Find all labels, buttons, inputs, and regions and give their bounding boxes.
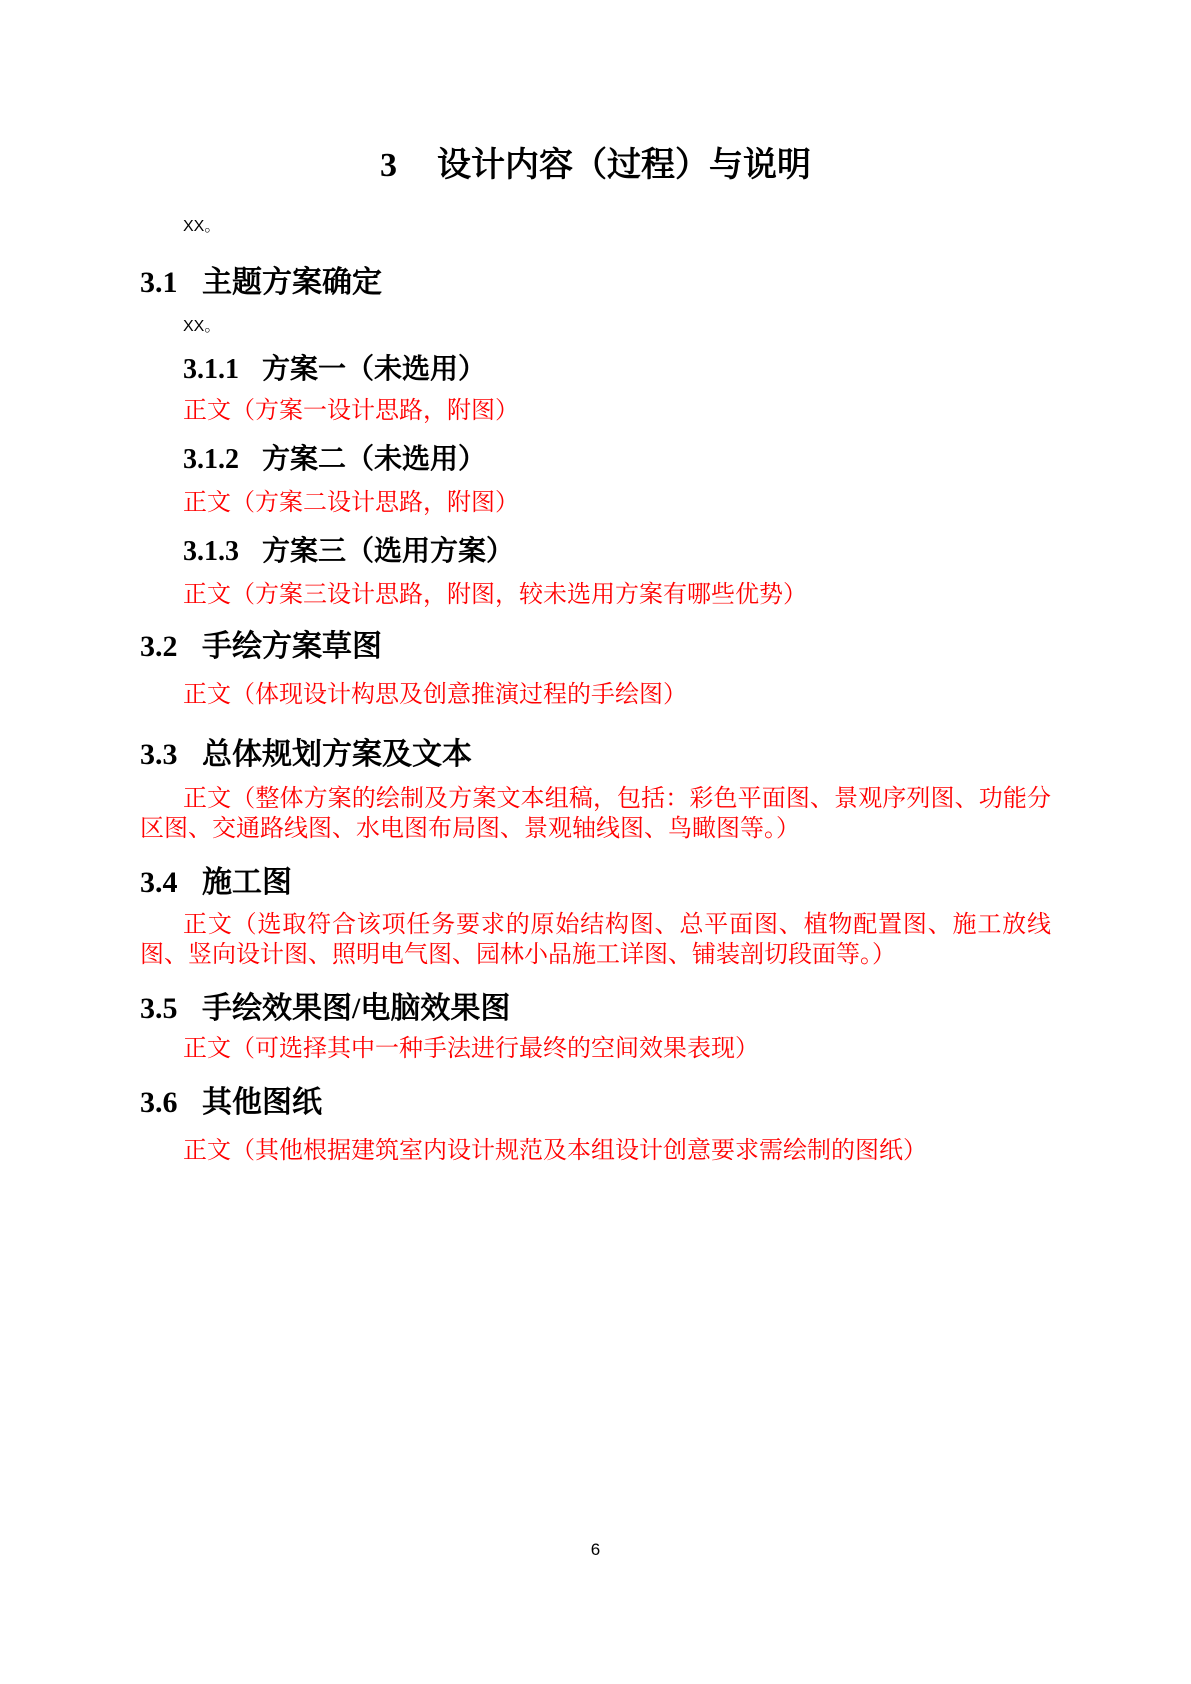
section-heading-text: 手绘方案草图 <box>202 630 382 663</box>
section-heading-text: 施工图 <box>202 866 292 899</box>
section-heading-3-3: 3.3总体规划方案及文本 <box>140 736 1051 774</box>
chapter-intro-paragraph: XX。 <box>140 216 1051 238</box>
subsection-heading-text: 方案二（未选用） <box>262 444 486 475</box>
subsection-number: 3.1.1 <box>183 352 262 388</box>
section-number: 3.2 <box>140 628 202 666</box>
subsection-heading-3-1-3: 3.1.3方案三（选用方案） <box>183 534 1051 570</box>
section-heading-3-1: 3.1主题方案确定 <box>140 264 1051 302</box>
body-placeholder-3-3: 正文（整体方案的绘制及方案文本组稿，包括：彩色平面图、景观序列图、功能分区图、交… <box>140 784 1051 844</box>
section-number: 3.5 <box>140 990 202 1028</box>
section-heading-3-4: 3.4施工图 <box>140 864 1051 902</box>
subsection-heading-3-1-2: 3.1.2方案二（未选用） <box>183 442 1051 478</box>
body-placeholder-3-1-1: 正文（方案一设计思路，附图） <box>140 396 1051 426</box>
body-placeholder-3-1-2: 正文（方案二设计思路，附图） <box>140 488 1051 518</box>
body-placeholder-3-1-3: 正文（方案三设计思路，附图，较未选用方案有哪些优势） <box>140 580 1051 610</box>
section-heading-text: 总体规划方案及文本 <box>202 738 472 771</box>
section-heading-text: 其他图纸 <box>202 1086 322 1119</box>
section-number: 3.1 <box>140 264 202 302</box>
section-heading-text: 手绘效果图/电脑效果图 <box>202 992 510 1025</box>
section-number: 3.3 <box>140 736 202 774</box>
section-heading-3-6: 3.6其他图纸 <box>140 1084 1051 1122</box>
subsection-heading-text: 方案一（未选用） <box>262 354 486 385</box>
chapter-title: 3设计内容（过程）与说明 <box>140 142 1051 190</box>
subsection-number: 3.1.2 <box>183 442 262 478</box>
subsection-number: 3.1.3 <box>183 534 262 570</box>
section-intro-paragraph: XX。 <box>140 316 1051 338</box>
body-placeholder-3-4: 正文（选取符合该项任务要求的原始结构图、总平面图、植物配置图、施工放线图、竖向设… <box>140 910 1051 970</box>
chapter-title-text: 设计内容（过程）与说明 <box>437 147 811 184</box>
section-heading-3-5: 3.5手绘效果图/电脑效果图 <box>140 990 1051 1028</box>
body-placeholder-3-2: 正文（体现设计构思及创意推演过程的手绘图） <box>140 680 1051 710</box>
chapter-number: 3 <box>380 142 397 190</box>
section-number: 3.6 <box>140 1084 202 1122</box>
body-placeholder-3-6: 正文（其他根据建筑室内设计规范及本组设计创意要求需绘制的图纸） <box>140 1136 1051 1166</box>
body-placeholder-3-5: 正文（可选择其中一种手法进行最终的空间效果表现） <box>140 1034 1051 1064</box>
section-number: 3.4 <box>140 864 202 902</box>
document-content: 3设计内容（过程）与说明 XX。 3.1主题方案确定 XX。 3.1.1方案一（… <box>0 0 1191 1166</box>
section-heading-text: 主题方案确定 <box>202 266 382 299</box>
document-page: 3设计内容（过程）与说明 XX。 3.1主题方案确定 XX。 3.1.1方案一（… <box>0 0 1191 1684</box>
section-heading-3-2: 3.2手绘方案草图 <box>140 628 1051 666</box>
subsection-heading-3-1-1: 3.1.1方案一（未选用） <box>183 352 1051 388</box>
subsection-heading-text: 方案三（选用方案） <box>262 536 514 567</box>
page-number: 6 <box>0 1540 1191 1560</box>
